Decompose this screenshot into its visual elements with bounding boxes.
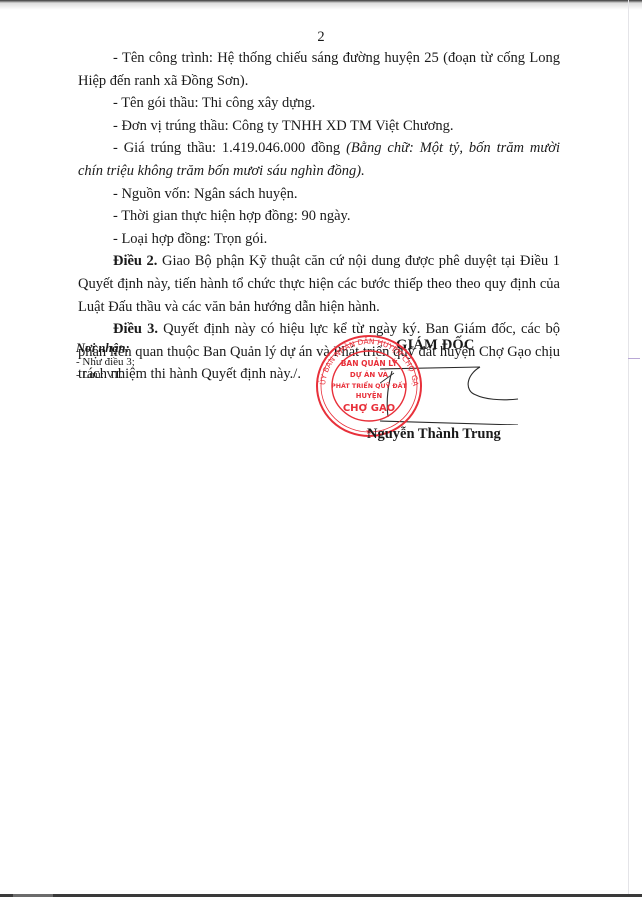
item-label: - Tên công trình: bbox=[113, 50, 217, 66]
article-label: Điều 3. bbox=[113, 321, 158, 337]
page-edge-marker bbox=[628, 358, 640, 359]
item-value: 1.419.046.000 đồng bbox=[222, 140, 346, 156]
item-value: 90 ngày. bbox=[301, 208, 350, 224]
item-value: Ngân sách huyện. bbox=[194, 186, 297, 202]
item-contract-type: - Loại hợp đồng: Trọn gói. bbox=[78, 228, 560, 251]
item-label: - Loại hợp đồng: bbox=[113, 231, 214, 247]
item-winning-price: - Giá trúng thầu: 1.419.046.000 đồng (Bằ… bbox=[78, 137, 560, 182]
article-2: Điều 2. Giao Bộ phận Kỹ thuật căn cứ nội… bbox=[78, 250, 560, 318]
item-package-name: - Tên gói thầu: Thi công xây dựng. bbox=[78, 92, 560, 115]
item-value: Trọn gói. bbox=[214, 231, 267, 247]
item-label: - Thời gian thực hiện hợp đồng: bbox=[113, 208, 301, 224]
item-value: Công ty TNHH XD TM Việt Chương. bbox=[232, 118, 453, 134]
item-label: - Nguồn vốn: bbox=[113, 186, 194, 202]
recipients-title: Nơi nhận: bbox=[76, 341, 135, 356]
item-winning-contractor: - Đơn vị trúng thầu: Công ty TNHH XD TM … bbox=[78, 115, 560, 138]
stamp-line: DỰ ÁN VÀ bbox=[350, 370, 389, 379]
recipient-line: - Như điều 3; bbox=[76, 356, 135, 369]
recipients-block: Nơi nhận: - Như điều 3; - Lưu: VT. bbox=[76, 341, 135, 382]
stamp-line: HUYỆN bbox=[356, 391, 383, 400]
item-project-name: - Tên công trình: Hệ thống chiếu sáng đư… bbox=[78, 47, 560, 92]
official-seal: ỦY BAN NHÂN DÂN HUYỆN CHỢ GẠO - T. TIỀN … bbox=[311, 330, 427, 440]
item-funding-source: - Nguồn vốn: Ngân sách huyện. bbox=[78, 183, 560, 206]
page-number: 2 bbox=[0, 29, 642, 46]
viewer-top-edge bbox=[0, 0, 642, 10]
signer-name: Nguyễn Thành Trung bbox=[367, 426, 501, 443]
item-label: - Đơn vị trúng thầu: bbox=[113, 118, 232, 134]
article-label: Điều 2. bbox=[113, 253, 157, 269]
stamp-line: BAN QUẢN LÝ bbox=[341, 358, 398, 368]
recipient-line: - Lưu: VT. bbox=[76, 369, 135, 382]
page-right-edge bbox=[628, 0, 629, 897]
item-value: Thi công xây dựng. bbox=[202, 95, 315, 111]
stamp-line: PHÁT TRIỂN QUỸ ĐẤT bbox=[331, 380, 407, 390]
item-contract-duration: - Thời gian thực hiện hợp đồng: 90 ngày. bbox=[78, 205, 560, 228]
stamp-line: CHỢ GẠO bbox=[343, 403, 395, 414]
item-label: - Giá trúng thầu: bbox=[113, 140, 222, 156]
item-label: - Tên gói thầu: bbox=[113, 95, 202, 111]
